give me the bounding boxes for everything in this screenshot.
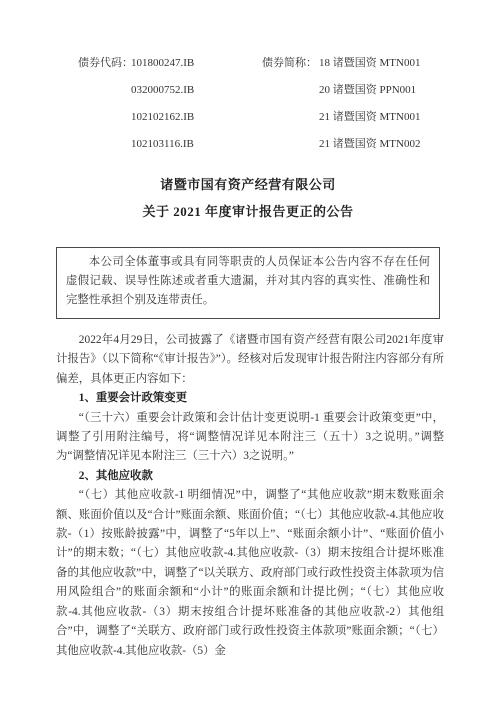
bond-name-label-spacer [262,109,319,125]
declaration-box: 本公司全体董事或具有同等职责的人员保证本公告内容不存在任何虚假记载、误导性陈述或… [56,247,440,319]
bond-code-label-spacer [78,109,131,125]
bond-name: 18 诸暨国资 MTN001 [319,55,420,71]
bond-code: 102102162.IB [131,109,262,125]
section-2-heading: 2、其他应收款 [56,467,444,486]
bond-name-label-spacer [262,136,319,152]
bond-code: 032000752.IB [131,82,262,98]
section-1-heading: 1、重要会计政策变更 [56,389,444,408]
bond-table: 债券代码： 101800247.IB 债券简称： 18 诸暨国资 MTN001 … [78,55,420,152]
declaration-text: 本公司全体董事或具有同等职责的人员保证本公告内容不存在任何虚假记载、误导性陈述或… [66,253,430,311]
bond-name-label: 债券简称： [262,55,319,71]
section-2-paragraph: “（七）其他应收款-1 明细情况”中，调整了“其他应收款”期末数账面余额、账面价… [56,486,444,661]
bond-code: 102103116.IB [131,136,262,152]
bond-name-label-spacer [262,82,319,98]
document-body: 2022年4月29日，公司披露了《诸暨市国有资产经营有限公司2021年度审计报告… [56,331,444,661]
document-page: 债券代码： 101800247.IB 债券简称： 18 诸暨国资 MTN001 … [0,0,496,701]
bond-code-label-spacer [78,82,131,98]
intro-paragraph: 2022年4月29日，公司披露了《诸暨市国有资产经营有限公司2021年度审计报告… [56,331,444,389]
bond-code: 101800247.IB [131,55,262,71]
bond-name: 21 诸暨国资 MTN001 [319,109,420,125]
document-title: 诸暨市国有资产经营有限公司 关于 2021 年度审计报告更正的公告 [0,171,496,225]
section-1-paragraph: “（三十六）重要会计政策和会计估计变更说明-1 重要会计政策变更”中，调整了引用… [56,409,444,467]
bond-code-label-spacer [78,136,131,152]
bond-code-label: 债券代码： [78,55,131,71]
title-subject-line: 关于 2021 年度审计报告更正的公告 [0,198,496,225]
bond-name: 21 诸暨国资 MTN002 [319,136,420,152]
title-company-name: 诸暨市国有资产经营有限公司 [0,171,496,198]
bond-name: 20 诸暨国资 PPN001 [319,82,420,98]
